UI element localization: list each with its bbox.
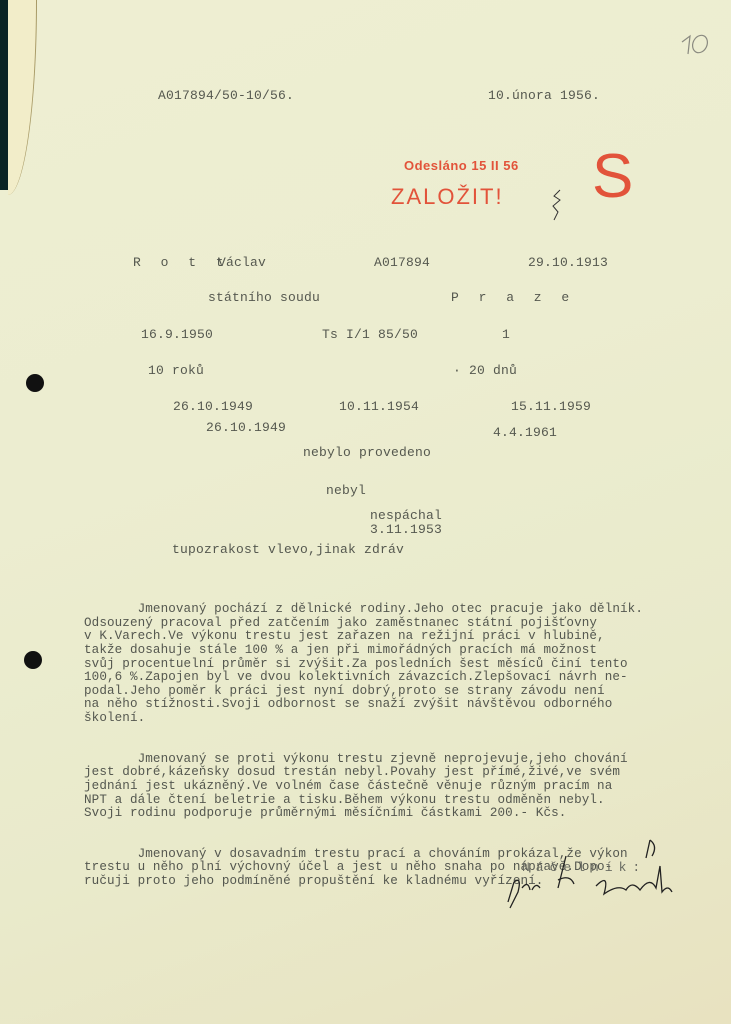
punch-hole <box>24 651 42 669</box>
date-b1: 26.10.1949 <box>206 420 286 435</box>
paragraph-conduct: Jmenovaný se proti výkonu trestu zjevně … <box>84 753 704 821</box>
punch-hole <box>26 374 44 392</box>
handwritten-initial <box>548 188 568 222</box>
date-a2: 10.11.1954 <box>339 399 419 414</box>
birth-date: 29.10.1913 <box>528 255 608 270</box>
sentence-days: · 20 dnů <box>453 363 517 378</box>
surname: R o t t <box>133 255 230 270</box>
court: státního soudu <box>208 290 320 305</box>
date-c: 3.11.1953 <box>370 522 442 537</box>
handwritten-page-number <box>678 30 718 58</box>
court-city: P r a z e <box>451 290 575 305</box>
reference-number: A017894/50-10/56. <box>158 88 294 103</box>
date-b2: 4.4.1961 <box>493 425 557 440</box>
letter-stamp: S <box>592 146 633 208</box>
date-a3: 15.11.1959 <box>511 399 591 414</box>
escape-status: nespáchal <box>370 508 442 523</box>
paragraph-work: Jmenovaný pochází z dělnické rodiny.Jeho… <box>84 603 704 725</box>
punished-status: nebyl <box>326 483 366 498</box>
sentence-years: 10 roků <box>148 363 204 378</box>
prisoner-number: A017894 <box>374 255 430 270</box>
execution-status: nebylo provedeno <box>303 445 431 460</box>
case-number: Ts I/1 85/50 <box>322 327 418 342</box>
sentence-date: 16.9.1950 <box>141 327 213 342</box>
page-curl <box>8 0 37 195</box>
document-page: A017894/50-10/56. 10.února 1956. Odeslán… <box>0 0 731 1024</box>
date-a1: 26.10.1949 <box>173 399 253 414</box>
first-name: Václav <box>218 255 266 270</box>
document-date: 10.února 1956. <box>488 88 600 103</box>
health-status: tupozrakost vlevo,jinak zdráv <box>172 542 404 557</box>
file-stamp: ZALOŽIT! <box>391 184 504 210</box>
sent-stamp: Odesláno 15 II 56 <box>404 158 519 173</box>
count: 1 <box>502 327 510 342</box>
handwritten-signature <box>500 836 690 916</box>
